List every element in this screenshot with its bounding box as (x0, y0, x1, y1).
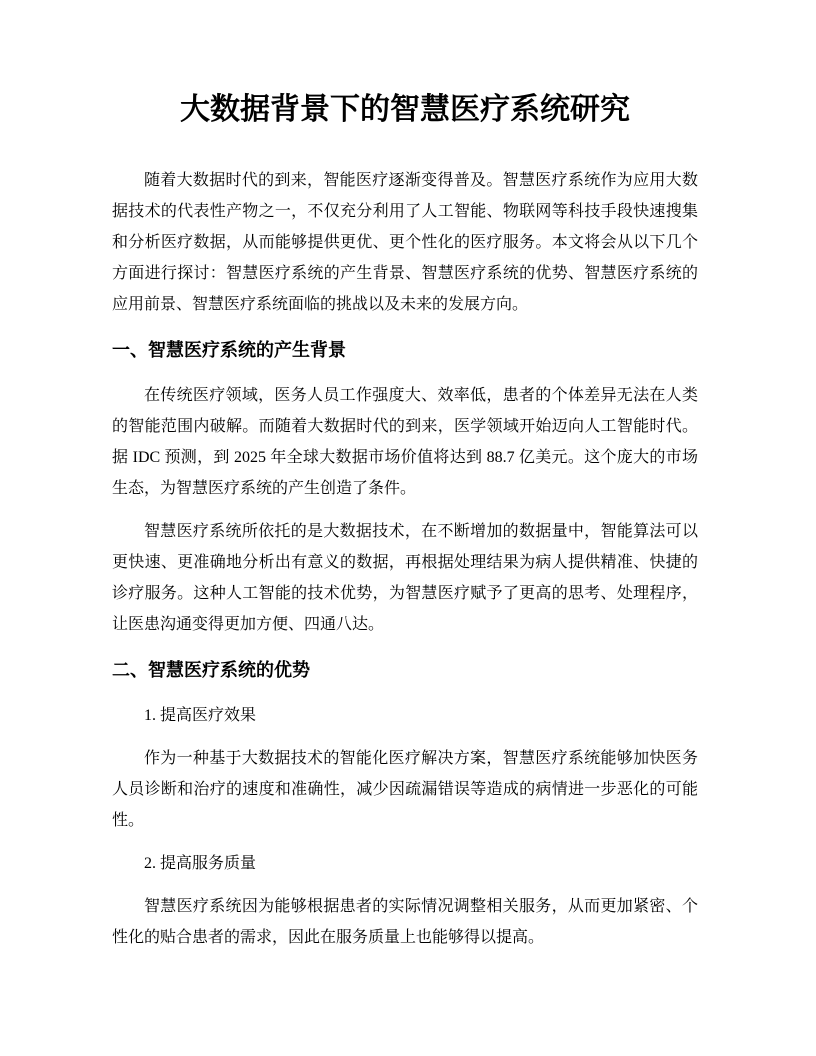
section-2-paragraph-1: 作为一种基于大数据技术的智能化医疗解决方案，智慧医疗系统能够加快医务人员诊断和治… (112, 743, 698, 836)
section-1-heading: 一、智慧医疗系统的产生背景 (112, 332, 698, 368)
document-title: 大数据背景下的智慧医疗系统研究 (112, 88, 698, 132)
section-2-subheading-1: 1. 提高医疗效果 (112, 700, 698, 731)
document-page: 大数据背景下的智慧医疗系统研究 随着大数据时代的到来，智能医疗逐渐变得普及。智慧… (0, 0, 816, 1056)
section-2-subheading-2: 2. 提高服务质量 (112, 848, 698, 879)
section-1-paragraph-2: 智慧医疗系统所依托的是大数据技术，在不断增加的数据量中，智能算法可以更快速、更准… (112, 516, 698, 640)
intro-paragraph: 随着大数据时代的到来，智能医疗逐渐变得普及。智慧医疗系统作为应用大数据技术的代表… (112, 165, 698, 320)
section-1-paragraph-1: 在传统医疗领域，医务人员工作强度大、效率低，患者的个体差异无法在人类的智能范围内… (112, 380, 698, 504)
section-2-paragraph-2: 智慧医疗系统因为能够根据患者的实际情况调整相关服务，从而更加紧密、个性化的贴合患… (112, 891, 698, 953)
section-2-heading: 二、智慧医疗系统的优势 (112, 652, 698, 688)
